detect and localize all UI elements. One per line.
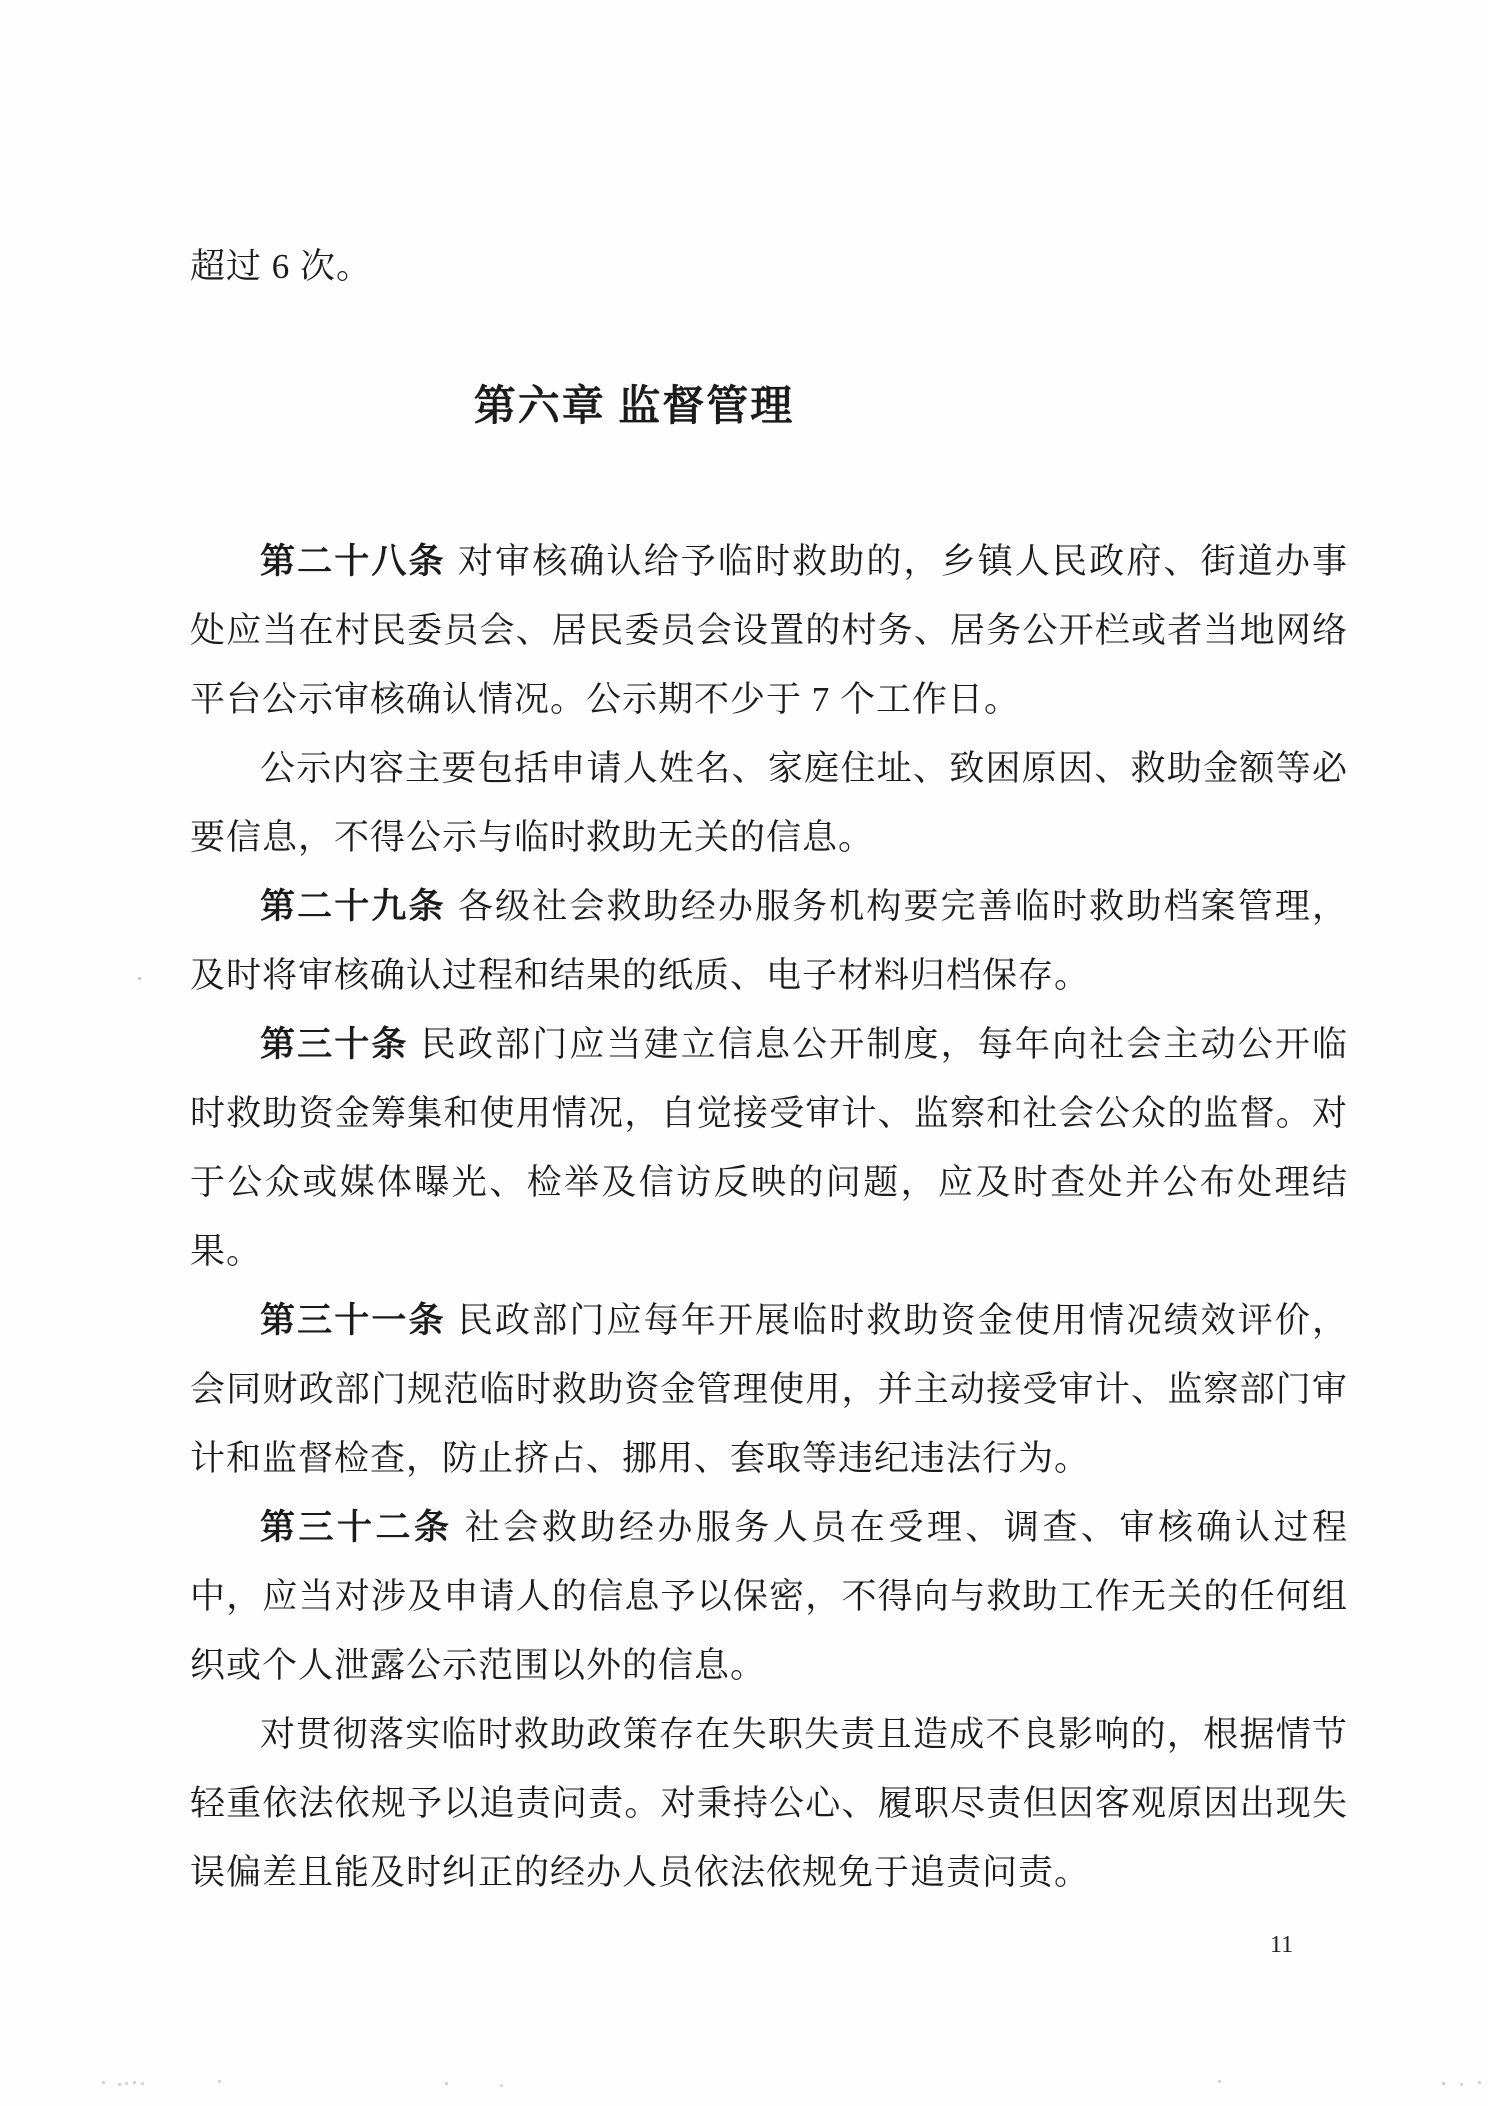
article-number: 第三十一条 xyxy=(260,1301,446,1340)
body-paragraph: 公示内容主要包括申请人姓名、家庭住址、致困原因、救助金额等必要信息，不得公示与临… xyxy=(190,734,1348,872)
article-number: 第三十二条 xyxy=(260,1508,453,1547)
article-paragraph: 第二十八条对审核确认给予临时救助的，乡镇人民政府、街道办事处应当在村民委员会、居… xyxy=(190,527,1348,734)
body-paragraphs: 第二十八条对审核确认给予临时救助的，乡镇人民政府、街道办事处应当在村民委员会、居… xyxy=(190,527,1348,1907)
article-paragraph: 第三十二条社会救助经办服务人员在受理、调查、审核确认过程中，应当对涉及申请人的信… xyxy=(190,1493,1348,1700)
paragraph-text: 对贯彻落实临时救助政策存在失职失责且造成不良影响的，根据情节轻重依法依规予以追责… xyxy=(190,1715,1348,1892)
article-number: 第二十八条 xyxy=(260,542,446,581)
continuation-line: 超过 6 次。 xyxy=(190,232,1348,301)
scan-artifact-speckles xyxy=(138,977,141,980)
article-number: 第三十条 xyxy=(260,1025,409,1064)
document-content: 超过 6 次。 第六章 监督管理 第二十八条对审核确认给予临时救助的，乡镇人民政… xyxy=(190,232,1348,1907)
document-page: 超过 6 次。 第六章 监督管理 第二十八条对审核确认给予临时救助的，乡镇人民政… xyxy=(0,0,1488,2106)
article-paragraph: 第三十一条民政部门应每年开展临时救助资金使用情况绩效评价，会同财政部门规范临时救… xyxy=(190,1286,1348,1493)
paragraph-text: 公示内容主要包括申请人姓名、家庭住址、致困原因、救助金额等必要信息，不得公示与临… xyxy=(190,749,1348,857)
page-number: 11 xyxy=(1270,1930,1293,1960)
article-number: 第二十九条 xyxy=(260,887,446,926)
body-paragraph: 对贯彻落实临时救助政策存在失职失责且造成不良影响的，根据情节轻重依法依规予以追责… xyxy=(190,1700,1348,1907)
article-paragraph: 第二十九条各级社会救助经办服务机构要完善临时救助档案管理，及时将审核确认过程和结… xyxy=(190,872,1348,1010)
chapter-heading: 第六章 监督管理 xyxy=(55,379,1213,435)
article-paragraph: 第三十条民政部门应当建立信息公开制度，每年向社会主动公开临时救助资金筹集和使用情… xyxy=(190,1010,1348,1286)
